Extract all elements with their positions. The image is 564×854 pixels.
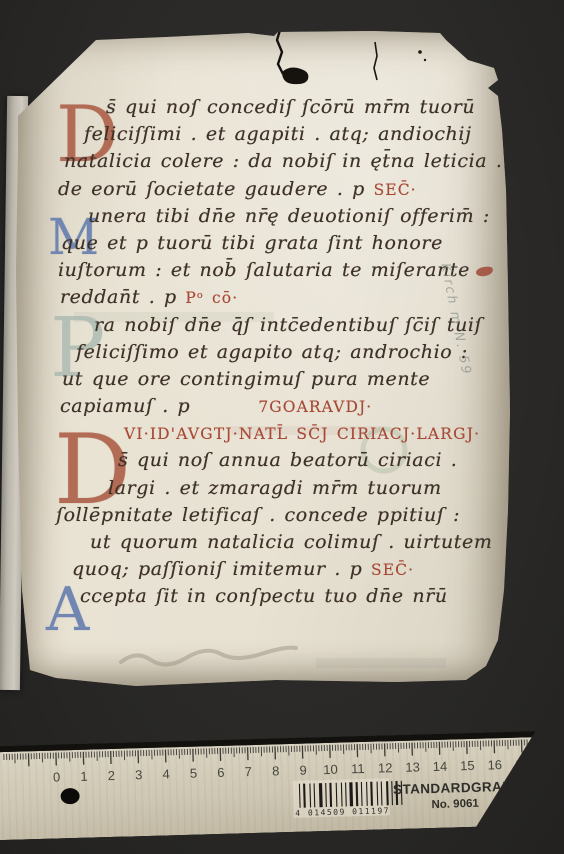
- ruler-number: 16: [487, 757, 502, 772]
- ruler-number: 0: [53, 769, 61, 784]
- ruler-number: 2: [108, 768, 116, 783]
- ruler-number: 9: [299, 763, 307, 778]
- ruler-model: No. 9061: [431, 798, 479, 811]
- ruler-number: 8: [272, 763, 280, 778]
- ruler: 012345678910111213141516174 014509 01119…: [0, 731, 543, 840]
- ruler-number: 15: [460, 758, 475, 773]
- ruler-number: 17: [515, 756, 530, 771]
- ruler-number: 14: [433, 759, 448, 774]
- ruler-scale: 012345678910111213141516174 014509 01119…: [0, 737, 543, 834]
- ruler-number: 5: [190, 766, 198, 781]
- parchment-hole: [282, 68, 308, 85]
- ruler-number: 10: [323, 762, 338, 777]
- ruler-brand: STANDARDGRAPH: [393, 779, 522, 798]
- photo-scene: DMPDA s̄ qui noſ concediſ ſcōrū mr̄m tuo…: [0, 0, 564, 854]
- parchment-tear: [277, 30, 283, 74]
- ruler-number: 3: [135, 767, 143, 782]
- ruler-number: 13: [405, 759, 420, 774]
- manuscript-page: DMPDA s̄ qui noſ concediſ ſcōrū mr̄m tuo…: [16, 30, 510, 688]
- ruler-number: 1: [80, 769, 88, 784]
- ruler-number: 6: [217, 765, 225, 780]
- ruler-hole: [60, 788, 79, 805]
- ruler-number: 7: [244, 764, 252, 779]
- ruler-number: 4: [162, 766, 170, 781]
- ruler-number: 11: [351, 761, 365, 776]
- barcode-digits: 4 014509 011197: [295, 806, 390, 818]
- parchment-tear-small: [374, 42, 377, 80]
- ruler-number: 12: [378, 760, 393, 775]
- parchment-damage-layer: [16, 30, 510, 688]
